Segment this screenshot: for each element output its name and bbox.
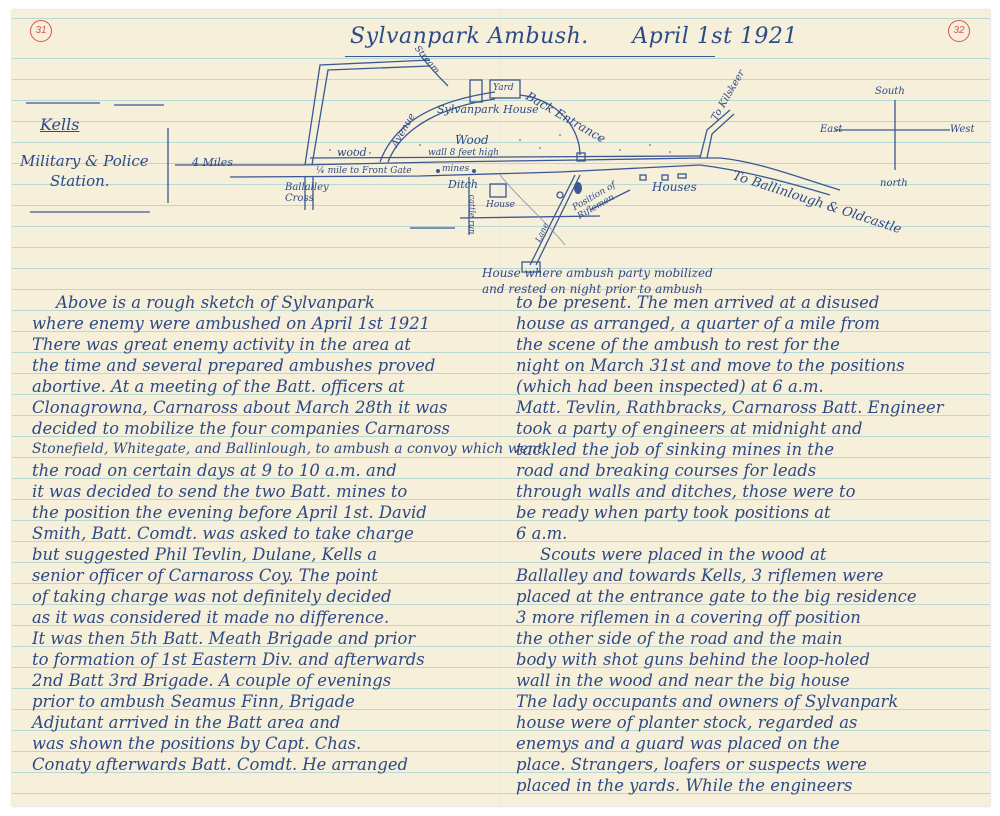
text-line: There was great enemy activity in the ar… xyxy=(32,334,492,355)
left-column-text: Above is a rough sketch of Sylvanpark wh… xyxy=(32,292,492,775)
compass-south: South xyxy=(875,86,905,97)
text-line: Scouts were placed in the wood at xyxy=(516,544,986,565)
map-label-wood-left: wood xyxy=(337,146,367,159)
text-line: to be present. The men arrived at a disu… xyxy=(516,292,986,313)
map-label-mines: mines xyxy=(442,164,469,174)
text-line: the position the evening before April 1s… xyxy=(32,502,492,523)
text-line: Conaty afterwards Batt. Comdt. He arrang… xyxy=(32,754,492,775)
text-line: Clonagrowna, Carnaross about March 28th … xyxy=(32,397,492,418)
text-line: 6 a.m. xyxy=(516,523,986,544)
text-line: house as arranged, a quarter of a mile f… xyxy=(516,313,986,334)
text-line: Matt. Tevlin, Rathbracks, Carnaross Batt… xyxy=(516,397,986,418)
map-label-houses: Houses xyxy=(652,180,697,194)
text-line: Adjutant arrived in the Batt area and xyxy=(32,712,492,733)
compass-west: West xyxy=(950,124,975,135)
map-label-wood: Wood xyxy=(455,133,489,147)
map-label-station-line2: Station. xyxy=(50,172,110,190)
text-line: to formation of 1st Eastern Div. and aft… xyxy=(32,649,492,670)
text-line: road and breaking courses for leads xyxy=(516,460,986,481)
map-label-ditch: Ditch xyxy=(448,178,478,191)
map-label-station-line1: Military & Police xyxy=(20,152,149,170)
text-line: the time and several prepared ambushes p… xyxy=(32,355,492,376)
map-label-ballalley-cross: Ballalley Cross xyxy=(285,182,345,204)
text-line: Smith, Batt. Comdt. was asked to take ch… xyxy=(32,523,492,544)
map-label-sylvanpark-house: Sylvanpark House xyxy=(437,103,539,116)
text-line: through walls and ditches, those were to xyxy=(516,481,986,502)
text-line: placed in the yards. While the engineers xyxy=(516,775,986,796)
text-line: where enemy were ambushed on April 1st 1… xyxy=(32,313,492,334)
text-line: was shown the positions by Capt. Chas. xyxy=(32,733,492,754)
compass-east: East xyxy=(820,124,842,135)
text-line: tackled the job of sinking mines in the xyxy=(516,439,986,460)
text-line: be ready when party took positions at xyxy=(516,502,986,523)
text-line: Ballalley and towards Kells, 3 riflemen … xyxy=(516,565,986,586)
map-label-yard: Yard xyxy=(493,83,514,93)
map-label-front-gate: ¼ mile to Front Gate xyxy=(316,166,412,176)
text-line: as it was considered it made no differen… xyxy=(32,607,492,628)
compass-north: north xyxy=(880,178,908,189)
text-line: decided to mobilize the four companies C… xyxy=(32,418,492,439)
text-line: Above is a rough sketch of Sylvanpark xyxy=(32,292,492,313)
text-line: house were of planter stock, regarded as xyxy=(516,712,986,733)
text-line: Stonefield, Whitegate, and Ballinlough, … xyxy=(32,439,492,460)
text-line: (which had been inspected) at 6 a.m. xyxy=(516,376,986,397)
text-line: 3 more riflemen in a covering off positi… xyxy=(516,607,986,628)
text-line: but suggested Phil Tevlin, Dulane, Kells… xyxy=(32,544,492,565)
text-line: it was decided to send the two Batt. min… xyxy=(32,481,492,502)
right-column-text: to be present. The men arrived at a disu… xyxy=(516,292,986,796)
text-line: The lady occupants and owners of Sylvanp… xyxy=(516,691,986,712)
text-line: the road on certain days at 9 to 10 a.m.… xyxy=(32,460,492,481)
text-line: wall in the wood and near the big house xyxy=(516,670,986,691)
map-label-4-miles: 4 Miles xyxy=(192,156,233,169)
text-line: the scene of the ambush to rest for the xyxy=(516,334,986,355)
text-line: enemys and a guard was placed on the xyxy=(516,733,986,754)
map-label-kells: Kells xyxy=(40,115,79,134)
map-label-cattle-run: cattle run xyxy=(467,195,476,235)
text-line: place. Strangers, loafers or suspects we… xyxy=(516,754,986,775)
map-label-house-note-1: House where ambush party mobilized xyxy=(482,266,713,280)
text-line: 2nd Batt 3rd Brigade. A couple of evenin… xyxy=(32,670,492,691)
text-line: It was then 5th Batt. Meath Brigade and … xyxy=(32,628,492,649)
text-line: prior to ambush Seamus Finn, Brigade xyxy=(32,691,492,712)
text-line: of taking charge was not definitely deci… xyxy=(32,586,492,607)
map-label-house: House xyxy=(486,200,515,210)
text-line: took a party of engineers at midnight an… xyxy=(516,418,986,439)
text-line: body with shot guns behind the loop-hole… xyxy=(516,649,986,670)
map-label-wall: wall 8 feet high xyxy=(428,148,499,158)
text-line: the other side of the road and the main xyxy=(516,628,986,649)
text-line: placed at the entrance gate to the big r… xyxy=(516,586,986,607)
text-line: abortive. At a meeting of the Batt. offi… xyxy=(32,376,492,397)
text-line: night on March 31st and move to the posi… xyxy=(516,355,986,376)
text-line: senior officer of Carnaross Coy. The poi… xyxy=(32,565,492,586)
